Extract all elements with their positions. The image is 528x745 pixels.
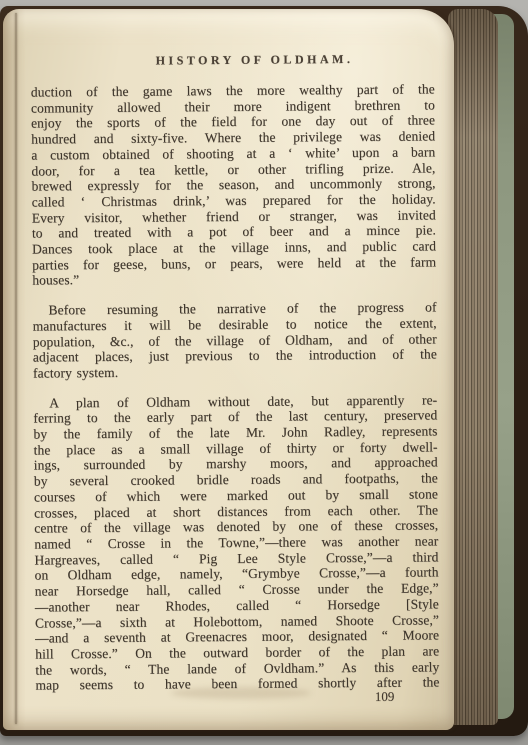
text-column: duction of the game laws the more wealth… — [31, 81, 440, 693]
scanned-book-photo: HISTORY OF OLDHAM. duction of the game l… — [0, 0, 528, 745]
page-number: 109 — [353, 689, 417, 706]
paragraph: A plan of Oldham without date, but appar… — [33, 392, 439, 694]
book-page: HISTORY OF OLDHAM. duction of the game l… — [3, 9, 454, 730]
printed-area: HISTORY OF OLDHAM. duction of the game l… — [0, 7, 457, 732]
text-line: factory system. — [33, 362, 437, 381]
text-line: houses.” — [32, 270, 436, 289]
text-line: adjacent places, just previous to the in… — [33, 347, 437, 366]
paragraph: Before resuming the narrative of the pro… — [32, 300, 437, 382]
running-head: HISTORY OF OLDHAM. — [69, 51, 441, 69]
paragraph: duction of the game laws the more wealth… — [31, 81, 437, 288]
